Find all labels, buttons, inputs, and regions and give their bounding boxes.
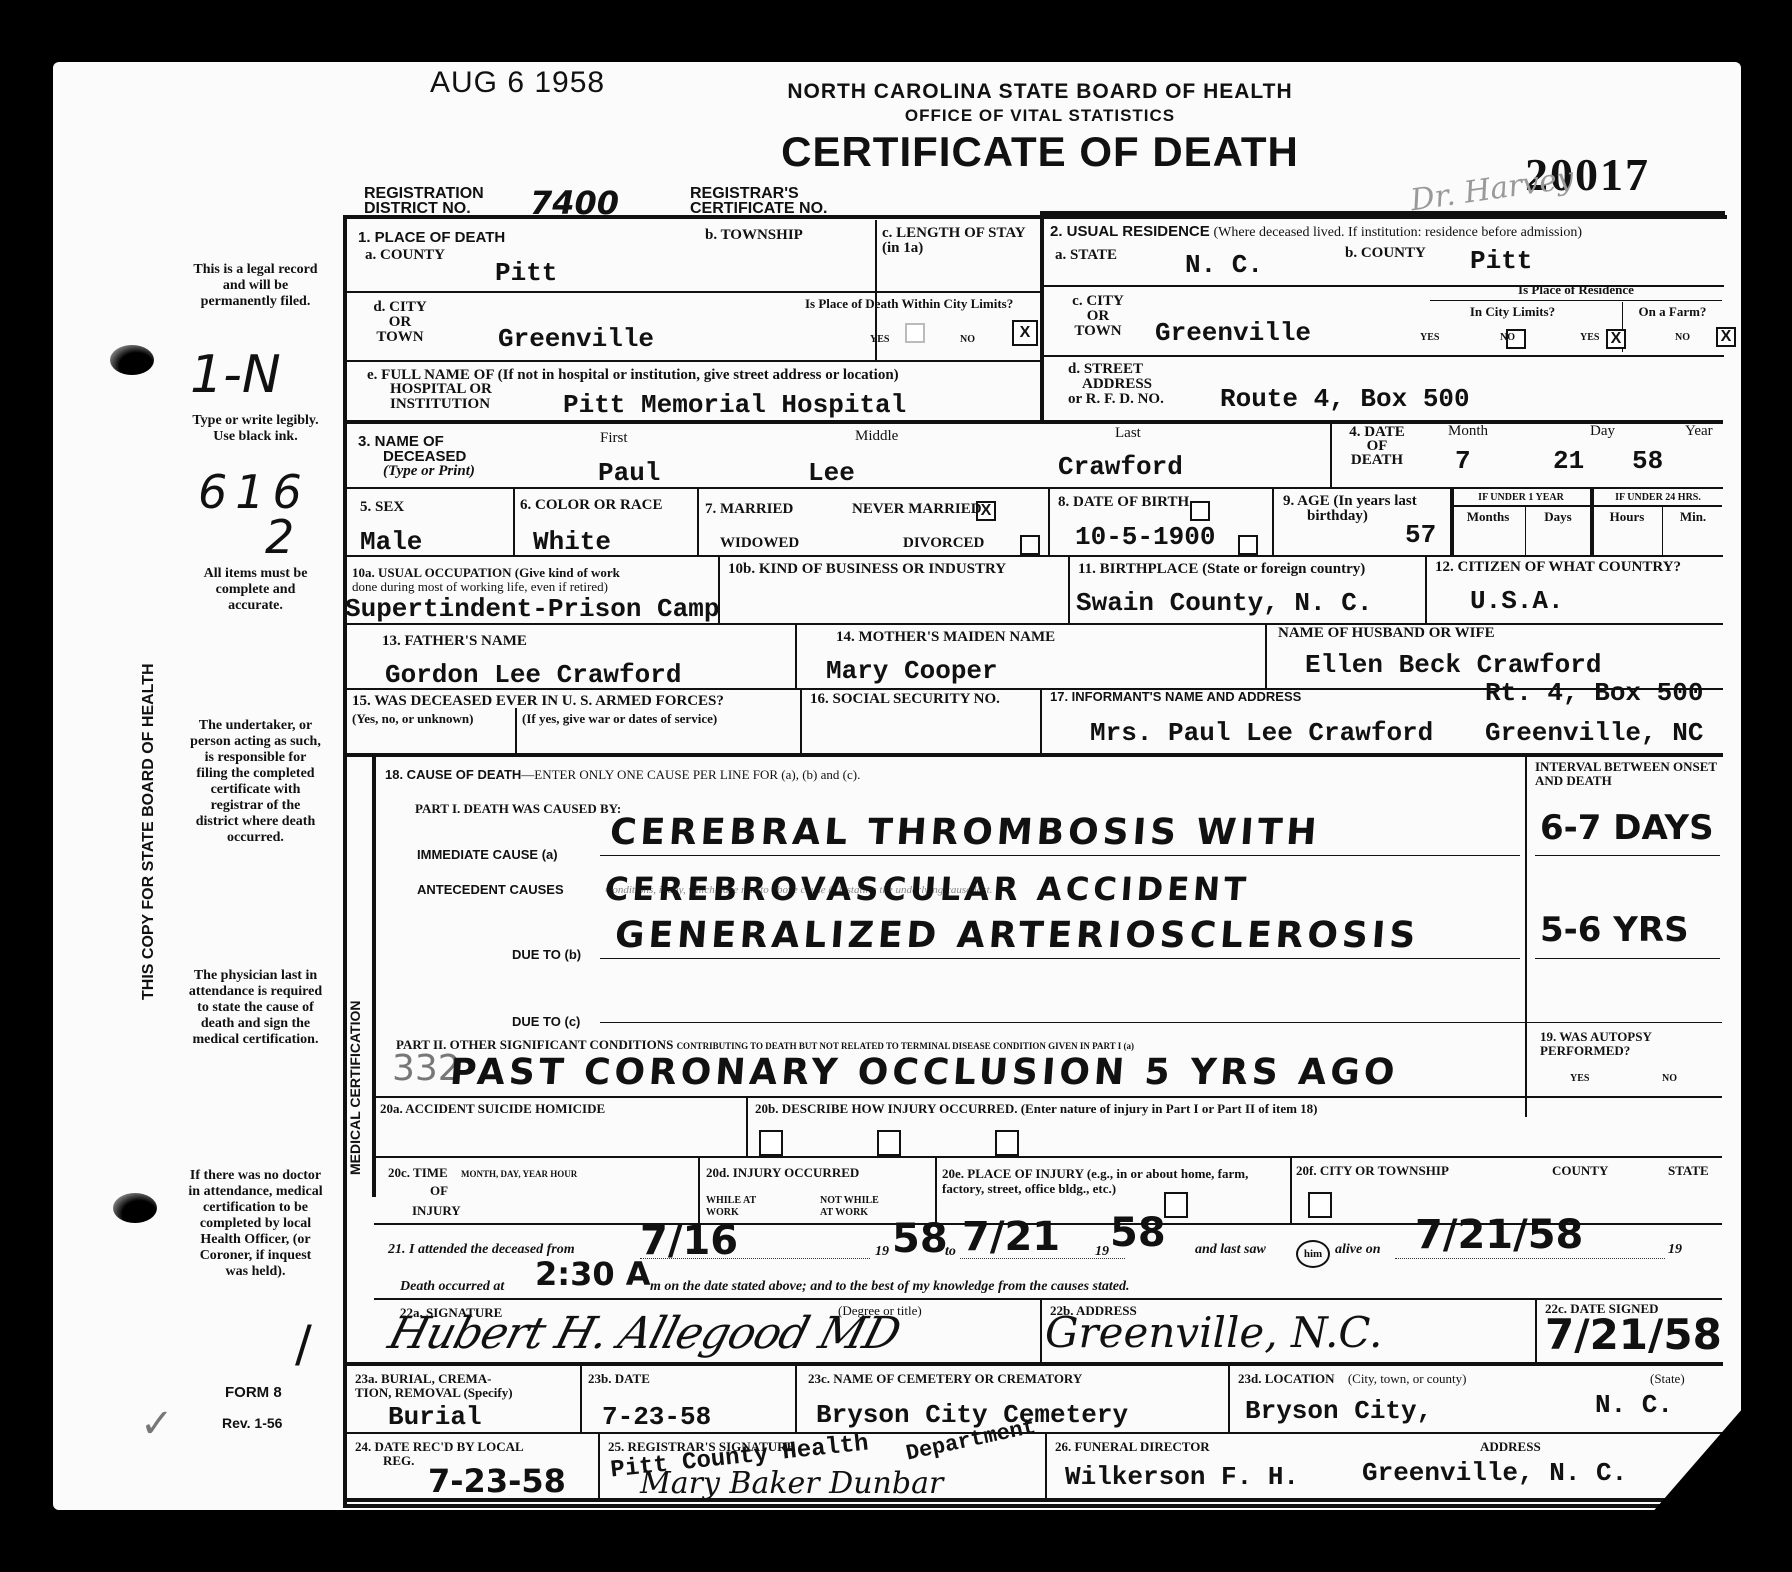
- deceased-last-name: Crawford: [1058, 452, 1183, 482]
- registration-district-label: REGISTRATION DISTRICT NO.: [364, 186, 484, 216]
- margin-note-legal-record: This is a legal record and will be perma…: [188, 262, 323, 310]
- immediate-cause-interval: 6-7 DAYS: [1540, 808, 1714, 848]
- spouse-name-value: Ellen Beck Crawford: [1305, 650, 1601, 680]
- hole-punch: [110, 345, 154, 375]
- him-circled: him: [1296, 1240, 1330, 1268]
- occupation-value: Supertindent-Prison Camp: [345, 594, 719, 624]
- never-married-checkbox[interactable]: [1190, 501, 1210, 521]
- residence-city-value: Greenville: [1155, 318, 1311, 348]
- death-county-value: Pitt: [495, 258, 557, 288]
- birthplace-value: Swain County, N. C.: [1076, 588, 1372, 618]
- office-name: OFFICE OF VITAL STATISTICS: [700, 106, 1380, 126]
- in-city-no-checkbox[interactable]: X: [1606, 329, 1626, 349]
- accident-checkbox[interactable]: [759, 1130, 783, 1156]
- physician-signature: Hubert H. Allegood MD: [383, 1308, 905, 1359]
- agency-name: NORTH CAROLINA STATE BOARD OF HEALTH: [700, 80, 1380, 104]
- margin-vertical-state-copy: THIS COPY FOR STATE BOARD OF HEALTH: [140, 663, 158, 1000]
- death-year: 58: [1632, 446, 1663, 476]
- burial-location-value: Bryson City,: [1245, 1396, 1432, 1426]
- residence-state-value: N. C.: [1185, 250, 1263, 280]
- registrar-certificate-label: REGISTRAR'S CERTIFICATE NO.: [690, 186, 827, 216]
- age-value: 57: [1405, 520, 1436, 550]
- due-to-b-interval: 5-6 YRS: [1540, 910, 1689, 950]
- burial-value: Burial: [388, 1402, 482, 1432]
- hole-punch: [113, 1193, 157, 1223]
- death-day: 21: [1553, 446, 1584, 476]
- margin-note-type-legibly: Type or write legibly. Use black ink.: [188, 413, 323, 445]
- margin-handwriting-2: 2: [265, 510, 294, 564]
- last-saw-alive-value: 7/21/58: [1415, 1212, 1583, 1258]
- attended-from-value: 7/16: [640, 1218, 738, 1264]
- death-month: 7: [1455, 446, 1471, 476]
- divorced-checkbox[interactable]: [1238, 535, 1258, 555]
- informant-address-line1: Rt. 4, Box 500: [1485, 678, 1703, 708]
- other-conditions-value: PAST CORONARY OCCLUSION 5 YRS AGO: [449, 1052, 1400, 1093]
- deceased-first-name: Paul: [598, 458, 660, 488]
- margin-note-physician: The physician last in attendance is requ…: [188, 968, 323, 1048]
- death-time-value: 2:30 A: [535, 1255, 651, 1293]
- place-of-death-label: 1. PLACE OF DEATH: [358, 230, 505, 245]
- widowed-checkbox[interactable]: [1020, 535, 1040, 555]
- sex-value: Male: [360, 527, 422, 557]
- attended-to-year: 58: [1110, 1210, 1166, 1256]
- margin-note-undertaker: The undertaker, or person acting as such…: [188, 718, 323, 846]
- registrar-signature: Mary Baker Dunbar: [640, 1466, 943, 1501]
- death-within-limits-yes-checkbox[interactable]: [905, 323, 925, 343]
- attended-to-value: 7/21: [962, 1214, 1060, 1260]
- margin-handwriting-1n: 1-N: [190, 345, 281, 405]
- margin-note-complete-accurate: All items must be complete and accurate.: [188, 566, 323, 614]
- medical-certification-side-label: MEDICAL CERTIFICATION: [347, 1001, 363, 1175]
- page-title: CERTIFICATE OF DEATH: [700, 128, 1380, 176]
- check-mark-icon: ✓: [140, 1400, 174, 1447]
- date-received-value: 7-23-58: [428, 1462, 566, 1500]
- margin-note-no-doctor: If there was no doctor in attendance, me…: [188, 1168, 323, 1280]
- attended-from-year: 58: [892, 1216, 948, 1262]
- cemetery-value: Bryson City Cemetery: [816, 1400, 1128, 1430]
- death-within-limits-no-checkbox[interactable]: X: [1012, 320, 1038, 346]
- date-of-birth-value: 10-5-1900: [1075, 522, 1215, 552]
- date-signed-value: 7/21/58: [1545, 1310, 1722, 1359]
- informant-name-value: Mrs. Paul Lee Crawford: [1090, 718, 1433, 748]
- burial-date-value: 7-23-58: [602, 1402, 711, 1432]
- due-to-b-value: GENERALIZED ARTERIOSCLEROSIS: [614, 915, 1421, 956]
- on-farm-yes-checkbox[interactable]: X: [1716, 327, 1736, 347]
- form-revision: Rev. 1-56: [222, 1415, 282, 1431]
- institution-name-value: Pitt Memorial Hospital: [563, 390, 906, 420]
- torn-corner: [1650, 1400, 1750, 1515]
- residence-county-value: Pitt: [1470, 246, 1532, 276]
- not-while-at-work-checkbox[interactable]: [1308, 1192, 1332, 1218]
- death-city-value: Greenville: [498, 324, 654, 354]
- received-date-stamp: AUG 6 1958: [430, 66, 605, 100]
- funeral-address-value: Greenville, N. C.: [1362, 1458, 1627, 1488]
- father-name-value: Gordon Lee Crawford: [385, 660, 681, 690]
- funeral-director-value: Wilkerson F. H.: [1065, 1462, 1299, 1492]
- residence-street-value: Route 4, Box 500: [1220, 384, 1470, 414]
- physician-address: Greenville, N.C.: [1045, 1308, 1382, 1357]
- deceased-middle-name: Lee: [808, 458, 855, 488]
- margin-handwriting-arrow: /: [295, 1315, 312, 1373]
- race-value: White: [533, 527, 611, 557]
- suicide-checkbox[interactable]: [877, 1130, 901, 1156]
- homicide-checkbox[interactable]: [995, 1130, 1019, 1156]
- immediate-cause-continuation: CEREBROVASCULAR ACCIDENT: [604, 870, 1251, 908]
- citizen-value: U.S.A.: [1470, 586, 1564, 616]
- informant-address-line2: Greenville, NC: [1485, 718, 1703, 748]
- form-number: FORM 8: [225, 1384, 282, 1401]
- mother-name-value: Mary Cooper: [826, 656, 998, 686]
- immediate-cause-value: CEREBRAL THROMBOSIS WITH: [609, 812, 1322, 853]
